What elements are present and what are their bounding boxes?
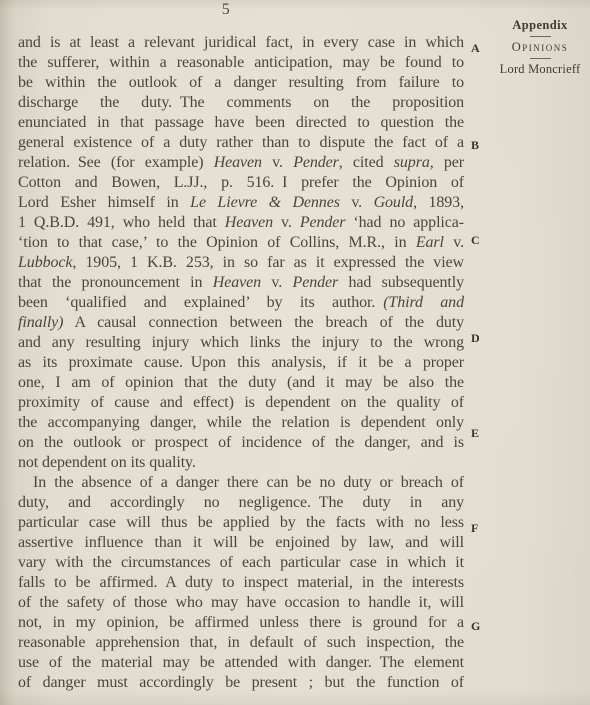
margin-letter-A: A [471, 41, 487, 56]
plain-text: been ‘qualified and explained’ by its au… [18, 294, 383, 311]
text-line: finally) A causal connection between the… [18, 313, 464, 333]
plain-text: that the pronouncement in [18, 274, 213, 291]
text-line: relation. See (for example) Heaven v. Pe… [18, 153, 464, 173]
text-line: discharge the duty. The comments on the … [18, 93, 464, 113]
plain-text: falls to be affirmed. A duty to inspect … [18, 574, 464, 591]
plain-text: v. [261, 274, 292, 291]
plain-text: and any resulting injury which links the… [18, 334, 464, 351]
plain-text: one, I am of opinion that the duty (and … [18, 374, 464, 391]
text-line: on the outlook or prospect of incidence … [18, 433, 464, 453]
italic-text: Heaven [225, 214, 273, 231]
plain-text: relation. See (for example) [18, 154, 214, 171]
plain-text: enunciated in that passage have been dir… [18, 114, 464, 131]
scanned-page: 5 Appendix Opinions Lord Moncrieff and i… [0, 0, 590, 705]
plain-text: and is at least a relevant juridical fac… [18, 34, 464, 51]
text-line: be within the outlook of a danger result… [18, 73, 464, 93]
text-line: reasonable apprehension that, in default… [18, 633, 464, 653]
text-line: Cotton and Bowen, L.JJ., p. 516. I prefe… [18, 173, 464, 193]
plain-text: of the safety of those who may have occa… [18, 594, 464, 611]
text-line: one, I am of opinion that the duty (and … [18, 373, 464, 393]
text-line: Lord Esher himself in Le Lievre & Dennes… [18, 193, 464, 213]
plain-text: the sufferer, within a reasonable antici… [18, 54, 464, 71]
text-line: as its proximate cause. Upon this analys… [18, 353, 464, 373]
plain-text: v. [262, 154, 293, 171]
text-line: use of the material may be attended with… [18, 653, 464, 673]
italic-text: Le Lievre & Dennes [190, 194, 340, 211]
plain-text: v. [273, 214, 300, 231]
text-line: of danger must accordingly be present ; … [18, 673, 464, 693]
italic-text: finally) [18, 314, 63, 331]
italic-text: Pender [293, 274, 339, 291]
text-line: the sufferer, within a reasonable antici… [18, 53, 464, 73]
italic-text: Earl [416, 234, 444, 251]
text-line: particular case will thus be applied by … [18, 513, 464, 533]
margin-header-appendix: Appendix [496, 18, 584, 33]
plain-text: not, in my opinion, be affirmed unless t… [18, 614, 464, 631]
plain-text: v. [444, 234, 464, 251]
margin-letter-C: C [471, 233, 487, 248]
plain-text: on the outlook or prospect of incidence … [18, 434, 464, 451]
plain-text: the accompanying danger, while the relat… [18, 414, 464, 431]
plain-text: v. [340, 194, 374, 211]
text-line: 1 Q.B.D. 491, who held that Heaven v. Pe… [18, 213, 464, 233]
plain-text: , cited [339, 154, 394, 171]
plain-text: be within the outlook of a danger result… [18, 74, 464, 91]
plain-text: 1 Q.B.D. 491, who held that [18, 214, 225, 231]
margin-header-rule [530, 58, 551, 59]
plain-text: had subsequently [338, 274, 464, 291]
margin-header-judge: Lord Moncrieff [496, 62, 584, 77]
plain-text: assertive influence than it will be enjo… [18, 534, 464, 551]
plain-text: Lord Esher himself in [18, 194, 190, 211]
margin-letter-B: B [471, 138, 487, 153]
margin-letter-G: G [471, 619, 487, 634]
plain-text: , 1893, [413, 194, 464, 211]
text-line: and any resulting injury which links the… [18, 333, 464, 353]
text-line: ‘tion to that case,’ to the Opinion of C… [18, 233, 464, 253]
italic-text: supra [394, 154, 430, 171]
italic-text: Gould [374, 194, 414, 211]
text-line: In the absence of a danger there can be … [18, 473, 464, 493]
plain-text: not dependent on its quality. [18, 454, 196, 471]
plain-text: general existence of a duty rather than … [18, 134, 464, 151]
italic-text: (Third and [383, 294, 464, 311]
page-number: 5 [0, 1, 452, 19]
text-line: the accompanying danger, while the relat… [18, 413, 464, 433]
text-line: duty, and accordingly no negligence. The… [18, 493, 464, 513]
text-line: vary with the circumstances of each part… [18, 553, 464, 573]
margin-header: Appendix Opinions Lord Moncrieff [496, 18, 584, 77]
italic-text: Lubbock [18, 254, 72, 271]
italic-text: Heaven [213, 274, 261, 291]
text-line: been ‘qualified and explained’ by its au… [18, 293, 464, 313]
text-line: and is at least a relevant juridical fac… [18, 33, 464, 53]
plain-text: , per [430, 154, 464, 171]
text-line: enunciated in that passage have been dir… [18, 113, 464, 133]
text-line: Lubbock, 1905, 1 K.B. 253, in so far as … [18, 253, 464, 273]
plain-text: Cotton and Bowen, L.JJ., p. 516. I prefe… [18, 174, 464, 191]
plain-text: vary with the circumstances of each part… [18, 554, 464, 571]
margin-header-opinions: Opinions [496, 40, 584, 55]
plain-text: discharge the duty. The comments on the … [18, 94, 464, 111]
margin-letter-D: D [471, 331, 487, 346]
paragraph: and is at least a relevant juridical fac… [18, 33, 464, 473]
text-line: of the safety of those who may have occa… [18, 593, 464, 613]
margin-header-rule [530, 36, 551, 37]
plain-text: reasonable apprehension that, in default… [18, 634, 464, 651]
plain-text: of danger must accordingly be present ; … [18, 674, 464, 691]
plain-text: , 1905, 1 K.B. 253, in so far as it expr… [72, 254, 464, 271]
italic-text: Heaven [214, 154, 262, 171]
text-line: not dependent on its quality. [18, 453, 464, 473]
text-body: and is at least a relevant juridical fac… [18, 33, 464, 693]
margin-letter-F: F [471, 521, 487, 536]
plain-text: proximity of cause and effect) is depend… [18, 394, 464, 411]
plain-text: as its proximate cause. Upon this analys… [18, 354, 464, 371]
plain-text: duty, and accordingly no negligence. The… [18, 494, 464, 511]
text-line: assertive influence than it will be enjo… [18, 533, 464, 553]
margin-letter-E: E [471, 426, 487, 441]
italic-text: Pender [293, 154, 339, 171]
text-line: falls to be affirmed. A duty to inspect … [18, 573, 464, 593]
plain-text: A causal connection between the breach o… [63, 314, 464, 331]
text-line: general existence of a duty rather than … [18, 133, 464, 153]
plain-text: ‘had no applica- [345, 214, 464, 231]
plain-text: ‘tion to that case,’ to the Opinion of C… [18, 234, 416, 251]
text-line: proximity of cause and effect) is depend… [18, 393, 464, 413]
plain-text: use of the material may be attended with… [18, 654, 464, 671]
text-line: not, in my opinion, be affirmed unless t… [18, 613, 464, 633]
italic-text: Pender [300, 214, 346, 231]
text-line: that the pronouncement in Heaven v. Pend… [18, 273, 464, 293]
plain-text: particular case will thus be applied by … [18, 514, 464, 531]
paragraph: In the absence of a danger there can be … [18, 473, 464, 693]
plain-text: In the absence of a danger there can be … [33, 474, 464, 491]
